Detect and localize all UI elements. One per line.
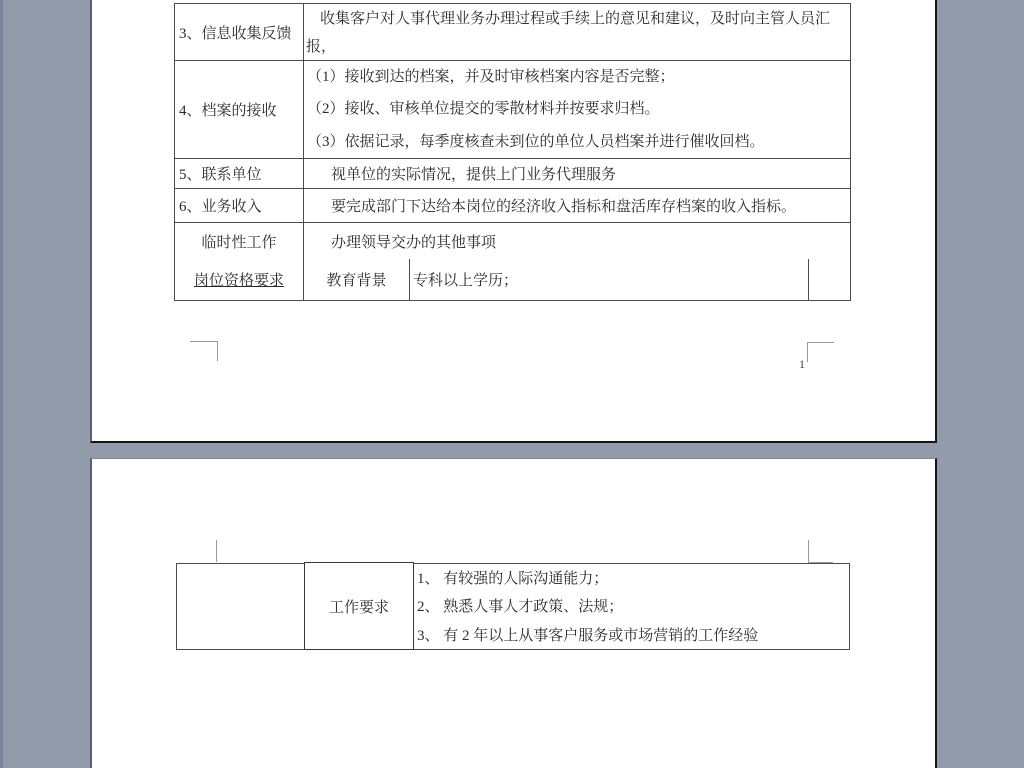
margin-mark-bottom-left-v [217, 341, 218, 361]
row-label: 3、信息收集反馈 [175, 4, 304, 60]
empty-left-cell [177, 564, 305, 649]
content-line: 办理领导交办的其他事项 [331, 231, 496, 252]
content-line: 收集客户对人事代理业务办理过程或手续上的意见和建议，及时向主管人员汇报， [306, 5, 846, 60]
work-requirement-label-cell: 工作要求 [304, 562, 414, 650]
education-value-cell: 专科以上学历； [410, 259, 809, 300]
requirement-line: 1、 有较强的人际沟通能力； [417, 565, 845, 593]
page-number: 1 [795, 357, 809, 372]
row-label: 5、联系单位 [175, 159, 304, 188]
table-row: 5、联系单位视单位的实际情况，提供上门业务代理服务 [175, 159, 850, 189]
education-category-cell: 教育背景 [304, 259, 410, 300]
content-line: 视单位的实际情况，提供上门业务代理服务 [331, 163, 616, 184]
content-line: （2）接收、审核单位提交的零散材料并按要求归档。 [307, 93, 850, 125]
requirement-line: 2、 熟悉人事人才政策、法规； [417, 593, 845, 621]
page-1: 3、信息收集反馈收集客户对人事代理业务办理过程或手续上的意见和建议，及时向主管人… [90, 0, 937, 443]
row-content: 视单位的实际情况，提供上门业务代理服务 [304, 159, 850, 188]
content-line: （3）依据记录，每季度核查未到位的单位人员档案并进行催收回档。 [307, 126, 850, 158]
empty-end-cell [809, 259, 850, 300]
margin-mark-top-left-v [216, 540, 217, 562]
content-line: 要完成部门下达给本岗位的经济收入指标和盘活库存档案的收入指标。 [331, 195, 796, 216]
document-workspace: 3、信息收集反馈收集客户对人事代理业务办理过程或手续上的意见和建议，及时向主管人… [0, 0, 1024, 768]
qualification-label: 岗位资格要求 [175, 259, 304, 300]
page-2: 工作要求 1、 有较强的人际沟通能力；2、 熟悉人事人才政策、法规；3、 有 2… [90, 458, 937, 768]
work-requirement-content-cell: 1、 有较强的人际沟通能力；2、 熟悉人事人才政策、法规；3、 有 2 年以上从… [414, 564, 849, 649]
row-content: （1）接收到达的档案，并及时审核档案内容是否完整；（2）接收、审核单位提交的零散… [304, 61, 850, 158]
row-label: 临时性工作 [175, 223, 304, 259]
job-duty-rows: 3、信息收集反馈收集客户对人事代理业务办理过程或手续上的意见和建议，及时向主管人… [175, 4, 850, 259]
margin-mark-bottom-left-h [190, 341, 218, 342]
margin-mark-bottom-right-h [807, 342, 834, 343]
job-duty-table: 3、信息收集反馈收集客户对人事代理业务办理过程或手续上的意见和建议，及时向主管人… [174, 3, 851, 301]
table-row: 4、档案的接收（1）接收到达的档案，并及时审核档案内容是否完整；（2）接收、审核… [175, 61, 850, 159]
margin-mark-top-right-h [808, 562, 833, 563]
qualification-row: 岗位资格要求 教育背景 专科以上学历； [175, 259, 850, 300]
table-row: 临时性工作办理领导交办的其他事项 [175, 223, 850, 259]
row-content: 收集客户对人事代理业务办理过程或手续上的意见和建议，及时向主管人员汇报，并根据处… [304, 4, 850, 60]
row-content: 要完成部门下达给本岗位的经济收入指标和盘活库存档案的收入指标。 [304, 189, 850, 222]
row-label: 4、档案的接收 [175, 61, 304, 158]
row-content: 办理领导交办的其他事项 [304, 223, 850, 259]
table-row: 6、业务收入要完成部门下达给本岗位的经济收入指标和盘活库存档案的收入指标。 [175, 189, 850, 223]
row-label: 6、业务收入 [175, 189, 304, 222]
work-requirement-table: 工作要求 1、 有较强的人际沟通能力；2、 熟悉人事人才政策、法规；3、 有 2… [176, 563, 850, 650]
margin-mark-top-right-v [808, 540, 809, 562]
content-line: （1）接收到达的档案，并及时审核档案内容是否完整； [307, 61, 850, 93]
requirement-line: 3、 有 2 年以上从事客户服务或市场营销的工作经验 [417, 622, 845, 650]
table-row: 3、信息收集反馈收集客户对人事代理业务办理过程或手续上的意见和建议，及时向主管人… [175, 4, 850, 61]
workspace-left-edge [0, 0, 3, 768]
